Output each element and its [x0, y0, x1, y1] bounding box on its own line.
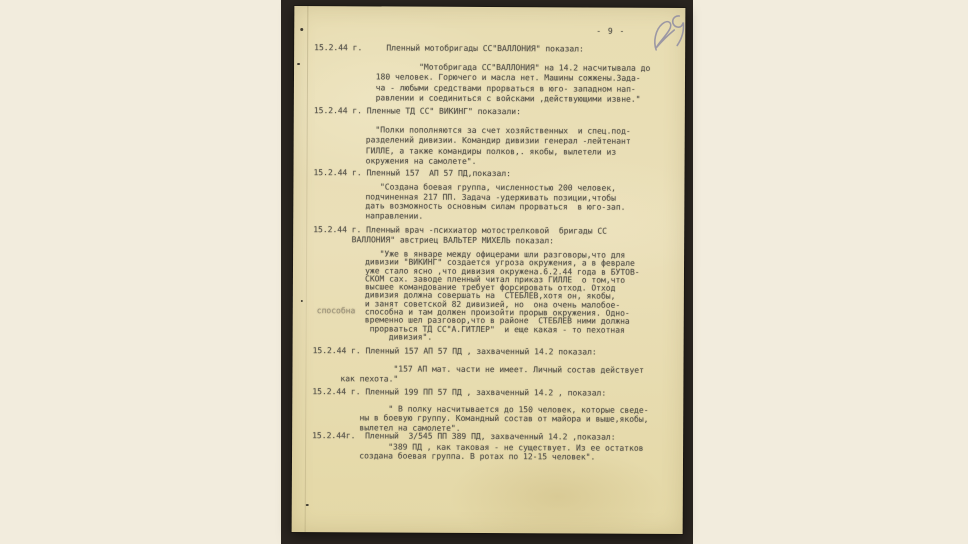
margin-note: способна — [317, 306, 356, 316]
entry-body: "389 ПД , как таковая - не существует. И… — [340, 442, 644, 462]
viewer-background: - 9 - 15.2.44 г. Пленный мотобригады СС"… — [0, 0, 968, 544]
entry-heading: 15.2.44 г. Пленный 157 АП 57 ПД , захвач… — [313, 346, 597, 358]
entry-date: 15.2.44 г. — [313, 346, 361, 355]
handwritten-page-number-mark — [652, 8, 686, 58]
entry-date: 15.2.44г. — [312, 431, 355, 440]
entry-body: "Создана боевая группа, численностью 200… — [341, 182, 625, 222]
paper-speck — [306, 504, 309, 506]
entry-date: 15.2.44 г. — [313, 168, 361, 177]
entry-heading: 15.2.44 г. Пленный 157 АП 57 ПД,показал: — [313, 168, 511, 179]
page-crease — [305, 6, 309, 532]
entry-title: Пленные ТД СС" ВИКИНГ" показали: — [362, 106, 521, 116]
entry-date: 15.2.44 г. — [313, 225, 361, 234]
entry-heading: 15.2.44 г. Пленный врач -психиатор мотос… — [313, 225, 607, 247]
entry-body: "Мотобригада СС"ВАЛЛОНИЯ" на 14.2 насчит… — [342, 62, 650, 105]
page-number: - 9 - — [596, 27, 625, 37]
paper-speck — [300, 28, 303, 31]
entry-heading: 15.2.44 г. Пленный мотобригады СС"ВАЛЛОН… — [314, 43, 584, 55]
entry-date: 15.2.44 г. — [314, 43, 362, 52]
entry-body: " В полку насчитывается до 150 человек, … — [340, 404, 648, 434]
entry-title: Пленный 157 АП 57 ПД,показал: — [362, 168, 511, 178]
entry-heading: 15.2.44 г. Пленный 199 ПП 57 ПД , захвач… — [312, 387, 606, 399]
photo-backdrop: - 9 - 15.2.44 г. Пленный мотобригады СС"… — [281, 0, 693, 544]
entry-heading: 15.2.44г. Пленный 3/545 ПП 389 ПД, захва… — [312, 431, 616, 443]
document-page: - 9 - 15.2.44 г. Пленный мотобригады СС"… — [292, 6, 686, 534]
entry-title: Пленный 157 АП 57 ПД , захваченный 14.2 … — [361, 346, 597, 356]
paper-speck — [297, 63, 300, 65]
entry-heading: 15.2.44 г. Пленные ТД СС" ВИКИНГ" показа… — [314, 106, 521, 117]
entry-date: 15.2.44 г. — [312, 387, 360, 396]
entry-body: "Уже в январе между офицерами шли разгов… — [341, 250, 640, 343]
entry-date: 15.2.44 г. — [314, 106, 362, 115]
entry-title: Пленный 3/545 ПП 389 ПД, захваченный 14.… — [355, 431, 615, 441]
entry-body: "Полки пополняются за счет хозяйственных… — [342, 125, 631, 168]
entry-title: Пленный мотобригады СС"ВАЛЛОНИЯ" показал… — [362, 43, 584, 53]
entry-title: Пленный 199 ПП 57 ПД , захваченный 14.2 … — [361, 387, 607, 397]
entry-body: "157 АП мат. части не имеет. Личный сост… — [340, 364, 644, 386]
paper-speck — [301, 300, 303, 302]
